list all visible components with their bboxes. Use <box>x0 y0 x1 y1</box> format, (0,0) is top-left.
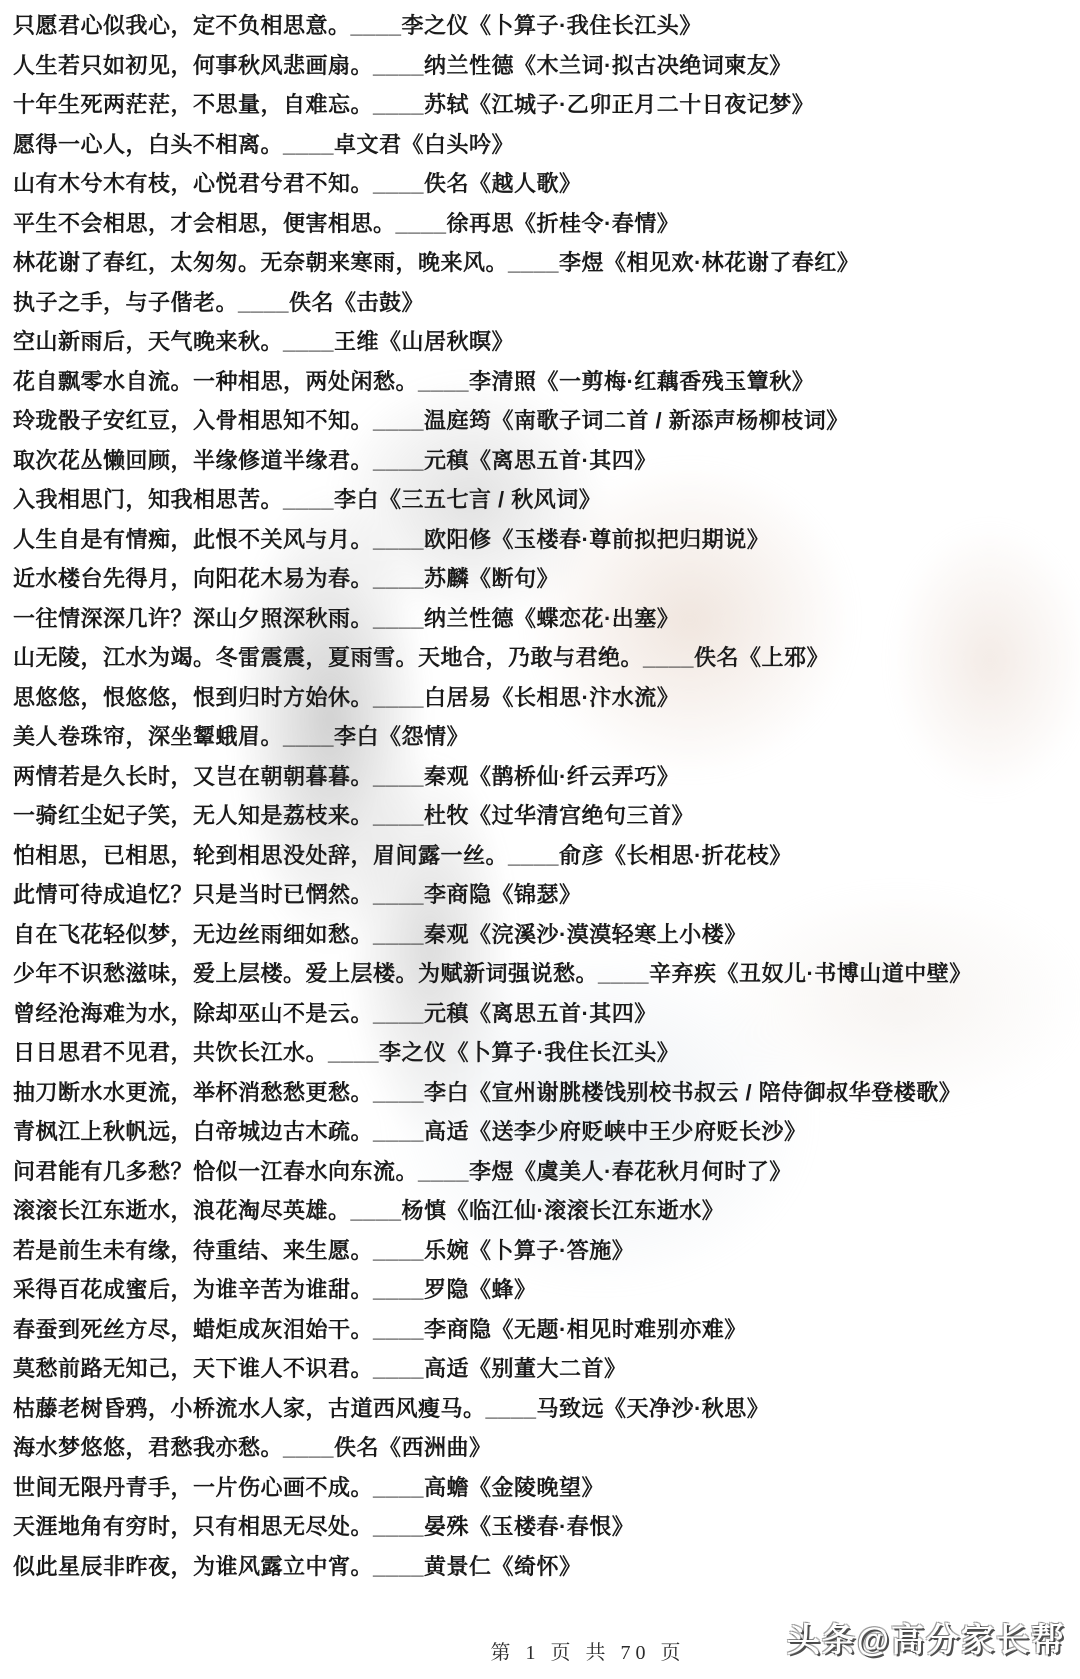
quote-line-text: 采得百花成蜜后，为谁辛苦为谁甜。____罗隐《蜂》 <box>13 1273 536 1304</box>
quote-line-text: 莫愁前路无知己，天下谁人不识君。____高适《别董大二首》 <box>13 1352 626 1383</box>
quote-line-text: 滚滚长江东逝水，浪花淘尽英雄。____杨慎《临江仙·滚滚长江东逝水》 <box>13 1194 724 1225</box>
quote-line: 人生若只如初见，何事秋风悲画扇。____纳兰性德《木兰词·拟古决绝词柬友》 <box>13 45 1074 85</box>
quote-line: 愿得一心人，白头不相离。____卓文君《白头吟》 <box>13 124 1074 164</box>
quote-line-text: 执子之手，与子偕老。____佚名《击鼓》 <box>13 286 424 317</box>
quote-line: 玲珑骰子安红豆，入骨相思知不知。____温庭筠《南歌子词二首 / 新添声杨柳枝词… <box>13 400 1074 440</box>
page-number-label: 第 1 页 共 70 页 <box>491 1642 686 1664</box>
quote-line: 世间无限丹青手，一片伤心画不成。____高蟾《金陵晚望》 <box>13 1467 1074 1507</box>
quote-line: 青枫江上秋帆远，白帝城边古木疏。____高适《送李少府贬峡中王少府贬长沙》 <box>13 1111 1074 1151</box>
quote-line-text: 取次花丛懒回顾，半缘修道半缘君。____元稹《离思五首·其四》 <box>13 444 657 475</box>
quote-line-text: 此情可待成追忆？只是当时已惘然。____李商隐《锦瑟》 <box>13 878 581 909</box>
quote-line-text: 春蚕到死丝方尽，蜡炬成灰泪始干。____李商隐《无题·相见时难别亦难》 <box>13 1313 747 1344</box>
quote-line: 曾经沧海难为水，除却巫山不是云。____元稹《离思五首·其四》 <box>13 993 1074 1033</box>
quote-line: 思悠悠，恨悠悠，恨到归时方始休。____白居易《长相思·汴水流》 <box>13 677 1074 717</box>
quote-line-text: 空山新雨后，天气晚来秋。____王维《山居秋暝》 <box>13 325 514 356</box>
quote-line-text: 人生自是有情痴，此恨不关风与月。____欧阳修《玉楼春·尊前拟把归期说》 <box>13 523 769 554</box>
quote-line: 两情若是久长时，又岂在朝朝暮暮。____秦观《鹊桥仙·纤云弄巧》 <box>13 756 1074 796</box>
quote-line-text: 山有木兮木有枝，心悦君兮君不知。____佚名《越人歌》 <box>13 167 581 198</box>
quote-line-text: 日日思君不见君，共饮长江水。____李之仪《卜算子·我住长江头》 <box>13 1036 679 1067</box>
quote-line-text: 玲珑骰子安红豆，入骨相思知不知。____温庭筠《南歌子词二首 / 新添声杨柳枝词… <box>13 404 849 435</box>
quote-line: 空山新雨后，天气晚来秋。____王维《山居秋暝》 <box>13 321 1074 361</box>
quote-line-text: 山无陵，江水为竭。冬雷震震，夏雨雪。天地合，乃敢与君绝。____佚名《上邪》 <box>13 641 829 672</box>
quote-line-text: 入我相思门，知我相思苦。____李白《三五七言 / 秋风词》 <box>13 483 601 514</box>
quote-line-text: 若是前生未有缘，待重结、来生愿。____乐婉《卜算子·答施》 <box>13 1234 634 1265</box>
quote-line: 怕相思，已相思，轮到相思没处辞，眉间露一丝。____俞彦《长相思·折花枝》 <box>13 835 1074 875</box>
quote-line: 入我相思门，知我相思苦。____李白《三五七言 / 秋风词》 <box>13 479 1074 519</box>
quote-line: 春蚕到死丝方尽，蜡炬成灰泪始干。____李商隐《无题·相见时难别亦难》 <box>13 1309 1074 1349</box>
quote-line: 此情可待成追忆？只是当时已惘然。____李商隐《锦瑟》 <box>13 874 1074 914</box>
quote-line-text: 枯藤老树昏鸦，小桥流水人家，古道西风瘦马。____马致远《天净沙·秋思》 <box>13 1392 769 1423</box>
quote-line-text: 似此星辰非昨夜，为谁风露立中宵。____黄景仁《绮怀》 <box>13 1550 581 1581</box>
document-page: 只愿君心似我心，定不负相思意。____李之仪《卜算子·我住长江头》 人生若只如初… <box>0 0 1080 1679</box>
quote-line: 若是前生未有缘，待重结、来生愿。____乐婉《卜算子·答施》 <box>13 1230 1074 1270</box>
quote-line: 十年生死两茫茫，不思量，自难忘。____苏轼《江城子·乙卯正月二十日夜记梦》 <box>13 84 1074 124</box>
quote-line: 抽刀断水水更流，举杯消愁愁更愁。____李白《宣州谢朓楼饯别校书叔云 / 陪侍御… <box>13 1072 1074 1112</box>
quote-line: 海水梦悠悠，君愁我亦愁。____佚名《西洲曲》 <box>13 1427 1074 1467</box>
quote-line-text: 两情若是久长时，又岂在朝朝暮暮。____秦观《鹊桥仙·纤云弄巧》 <box>13 760 679 791</box>
quote-line: 似此星辰非昨夜，为谁风露立中宵。____黄景仁《绮怀》 <box>13 1546 1074 1586</box>
quote-line: 问君能有几多愁？恰似一江春水向东流。____李煜《虞美人·春花秋月何时了》 <box>13 1151 1074 1191</box>
quote-line: 平生不会相思，才会相思，便害相思。____徐再思《折桂令·春情》 <box>13 203 1074 243</box>
quote-line-text: 一往情深深几许？深山夕照深秋雨。____纳兰性德《蝶恋花·出塞》 <box>13 602 679 633</box>
quote-line-text: 抽刀断水水更流，举杯消愁愁更愁。____李白《宣州谢朓楼饯别校书叔云 / 陪侍御… <box>13 1076 961 1107</box>
watermark-text: 头条@高分家长帮 <box>787 1614 1066 1661</box>
quote-line-text: 一骑红尘妃子笑，无人知是荔枝来。____杜牧《过华清宫绝句三首》 <box>13 799 694 830</box>
quote-list: 只愿君心似我心，定不负相思意。____李之仪《卜算子·我住长江头》 人生若只如初… <box>13 5 1074 1585</box>
quote-line: 自在飞花轻似梦，无边丝雨细如愁。____秦观《浣溪沙·漠漠轻寒上小楼》 <box>13 914 1074 954</box>
quote-line-text: 少年不识愁滋味，爱上层楼。爱上层楼。为赋新词强说愁。____辛弃疾《丑奴儿·书博… <box>13 957 972 988</box>
quote-line-text: 自在飞花轻似梦，无边丝雨细如愁。____秦观《浣溪沙·漠漠轻寒上小楼》 <box>13 918 747 949</box>
quote-line-text: 近水楼台先得月，向阳花木易为春。____苏麟《断句》 <box>13 562 559 593</box>
quote-line-text: 花自飘零水自流。一种相思，两处闲愁。____李清照《一剪梅·红藕香残玉簟秋》 <box>13 365 814 396</box>
quote-line: 山有木兮木有枝，心悦君兮君不知。____佚名《越人歌》 <box>13 163 1074 203</box>
quote-line: 一骑红尘妃子笑，无人知是荔枝来。____杜牧《过华清宫绝句三首》 <box>13 795 1074 835</box>
quote-line: 山无陵，江水为竭。冬雷震震，夏雨雪。天地合，乃敢与君绝。____佚名《上邪》 <box>13 637 1074 677</box>
quote-line-text: 只愿君心似我心，定不负相思意。____李之仪《卜算子·我住长江头》 <box>13 9 702 40</box>
quote-line-text: 曾经沧海难为水，除却巫山不是云。____元稹《离思五首·其四》 <box>13 997 657 1028</box>
quote-line: 近水楼台先得月，向阳花木易为春。____苏麟《断句》 <box>13 558 1074 598</box>
quote-line-text: 青枫江上秋帆远，白帝城边古木疏。____高适《送李少府贬峡中王少府贬长沙》 <box>13 1115 806 1146</box>
quote-line: 林花谢了春红，太匆匆。无奈朝来寒雨，晚来风。____李煜《相见欢·林花谢了春红》 <box>13 242 1074 282</box>
quote-line: 取次花丛懒回顾，半缘修道半缘君。____元稹《离思五首·其四》 <box>13 440 1074 480</box>
quote-line: 日日思君不见君，共饮长江水。____李之仪《卜算子·我住长江头》 <box>13 1032 1074 1072</box>
quote-line-text: 人生若只如初见，何事秋风悲画扇。____纳兰性德《木兰词·拟古决绝词柬友》 <box>13 49 792 80</box>
quote-line-text: 十年生死两茫茫，不思量，自难忘。____苏轼《江城子·乙卯正月二十日夜记梦》 <box>13 88 814 119</box>
quote-line-text: 愿得一心人，白头不相离。____卓文君《白头吟》 <box>13 128 514 159</box>
quote-line: 天涯地角有穷时，只有相思无尽处。____晏殊《玉楼春·春恨》 <box>13 1506 1074 1546</box>
quote-line-text: 美人卷珠帘，深坐颦蛾眉。____李白《怨情》 <box>13 720 469 751</box>
quote-line: 花自飘零水自流。一种相思，两处闲愁。____李清照《一剪梅·红藕香残玉簟秋》 <box>13 361 1074 401</box>
quote-line: 人生自是有情痴，此恨不关风与月。____欧阳修《玉楼春·尊前拟把归期说》 <box>13 519 1074 559</box>
quote-line-text: 海水梦悠悠，君愁我亦愁。____佚名《西洲曲》 <box>13 1431 491 1462</box>
quote-line: 莫愁前路无知己，天下谁人不识君。____高适《别董大二首》 <box>13 1348 1074 1388</box>
quote-line-text: 平生不会相思，才会相思，便害相思。____徐再思《折桂令·春情》 <box>13 207 679 238</box>
quote-line-text: 怕相思，已相思，轮到相思没处辞，眉间露一丝。____俞彦《长相思·折花枝》 <box>13 839 792 870</box>
quote-line-text: 世间无限丹青手，一片伤心画不成。____高蟾《金陵晚望》 <box>13 1471 604 1502</box>
quote-line: 少年不识愁滋味，爱上层楼。爱上层楼。为赋新词强说愁。____辛弃疾《丑奴儿·书博… <box>13 953 1074 993</box>
quote-line: 一往情深深几许？深山夕照深秋雨。____纳兰性德《蝶恋花·出塞》 <box>13 598 1074 638</box>
quote-line: 采得百花成蜜后，为谁辛苦为谁甜。____罗隐《蜂》 <box>13 1269 1074 1309</box>
quote-line: 美人卷珠帘，深坐颦蛾眉。____李白《怨情》 <box>13 716 1074 756</box>
quote-line-text: 天涯地角有穷时，只有相思无尽处。____晏殊《玉楼春·春恨》 <box>13 1510 634 1541</box>
quote-line: 枯藤老树昏鸦，小桥流水人家，古道西风瘦马。____马致远《天净沙·秋思》 <box>13 1388 1074 1428</box>
quote-line: 执子之手，与子偕老。____佚名《击鼓》 <box>13 282 1074 322</box>
quote-line-text: 问君能有几多愁？恰似一江春水向东流。____李煜《虞美人·春花秋月何时了》 <box>13 1155 792 1186</box>
quote-line-text: 思悠悠，恨悠悠，恨到归时方始休。____白居易《长相思·汴水流》 <box>13 681 679 712</box>
quote-line: 只愿君心似我心，定不负相思意。____李之仪《卜算子·我住长江头》 <box>13 5 1074 45</box>
quote-line-text: 林花谢了春红，太匆匆。无奈朝来寒雨，晚来风。____李煜《相见欢·林花谢了春红》 <box>13 246 859 277</box>
quote-line: 滚滚长江东逝水，浪花淘尽英雄。____杨慎《临江仙·滚滚长江东逝水》 <box>13 1190 1074 1230</box>
